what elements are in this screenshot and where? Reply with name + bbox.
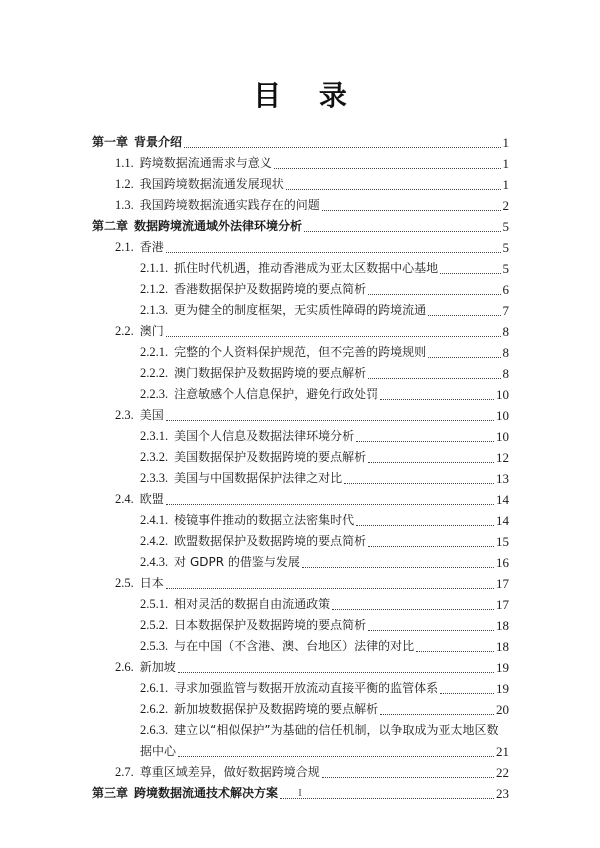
toc-entry-title: 棱镜事件推动的数据立法密集时代: [174, 510, 354, 531]
dot-leader: [428, 300, 500, 321]
toc-entry-number: 2.5.3.: [140, 636, 168, 657]
toc-entry-2-3-2[interactable]: 2.3.2. 美国数据保护及数据跨境的要点解析 12: [92, 447, 509, 468]
dot-leader: [166, 321, 501, 342]
toc-entry-1-3[interactable]: 1.3. 我国跨境数据流通实践存在的问题 2: [92, 195, 509, 216]
toc-entry-number: 2.1.: [115, 237, 134, 258]
toc-entry-page: 8: [503, 321, 510, 342]
dot-leader: [178, 657, 494, 678]
dot-leader: [166, 237, 501, 258]
toc-entry-number: 2.2.1.: [140, 342, 168, 363]
toc-entry-number: 2.4.1.: [140, 510, 168, 531]
toc-entry-2-4-2[interactable]: 2.4.2. 欧盟数据保护及数据跨境的要点简析 15: [92, 531, 509, 552]
toc-entry-number: 2.1.1.: [140, 258, 168, 279]
toc-entry-page: 2: [503, 195, 510, 216]
toc-entry-page: 1: [503, 174, 510, 195]
toc-entry-page: 14: [496, 510, 509, 531]
dot-leader: [166, 573, 494, 594]
toc-entry-page: 5: [503, 216, 510, 237]
toc-entry-2-6[interactable]: 2.6. 新加坡 19: [92, 657, 509, 678]
dot-leader: [368, 531, 494, 552]
toc-entry-2-2-2[interactable]: 2.2.2. 澳门数据保护及数据跨境的要点解析 8: [92, 363, 509, 384]
toc-entry-title: 注意敏感个人信息保护，避免行政处罚: [174, 384, 378, 405]
toc-entry-page: 6: [503, 279, 510, 300]
toc-entry-page: 1: [503, 132, 510, 153]
toc-entry-title: 美国: [140, 405, 164, 426]
toc-entry-2-5-1[interactable]: 2.5.1. 相对灵活的数据自由流通政策 17: [92, 594, 509, 615]
toc-entry-2-1[interactable]: 2.1. 香港 5: [92, 237, 509, 258]
dot-leader: [356, 426, 494, 447]
toc-entry-number: 2.2.2.: [140, 363, 168, 384]
toc-entry-page: 18: [496, 636, 509, 657]
toc-entry-title: 对 GDPR 的借鉴与发展: [174, 552, 300, 573]
dot-leader: [380, 699, 494, 720]
toc-entry-2-7[interactable]: 2.7. 尊重区域差异，做好数据跨境合规 22: [92, 762, 509, 783]
toc-entry-2-4-1[interactable]: 2.4.1. 棱镜事件推动的数据立法密集时代 14: [92, 510, 509, 531]
toc-entry-page: 7: [503, 300, 510, 321]
toc-entry-title: 抓住时代机遇，推动香港成为亚太区数据中心基地: [174, 258, 438, 279]
dot-leader: [184, 132, 500, 153]
dot-leader: [304, 216, 500, 237]
toc-entry-title: 背景介绍: [134, 132, 182, 153]
dot-leader: [428, 342, 500, 363]
toc-entry-2-6-2[interactable]: 2.6.2. 新加坡数据保护及数据跨境的要点解析 20: [92, 699, 509, 720]
toc-entry-2-2-1[interactable]: 2.2.1. 完整的个人资料保护规范，但不完善的跨境规则 8: [92, 342, 509, 363]
dot-leader: [356, 510, 494, 531]
toc-entry-2-6-3-continued[interactable]: 据中心 21: [92, 741, 509, 762]
toc-entry-2-4[interactable]: 2.4. 欧盟 14: [92, 489, 509, 510]
dot-leader: [368, 363, 500, 384]
toc-entry-title: 美国数据保护及数据跨境的要点解析: [174, 447, 366, 468]
toc-entry-title: 美国与中国数据保护法律之对比: [174, 468, 342, 489]
toc-entry-2-4-3[interactable]: 2.4.3. 对 GDPR 的借鉴与发展 16: [92, 552, 509, 573]
toc-entry-number: 第二章: [92, 216, 128, 237]
toc-entry-title: 澳门数据保护及数据跨境的要点解析: [174, 363, 366, 384]
toc-entry-number: 2.6.1.: [140, 678, 168, 699]
toc-entry-number: 2.3.1.: [140, 426, 168, 447]
toc-entry-2-1-2[interactable]: 2.1.2. 香港数据保护及数据跨境的要点简析 6: [92, 279, 509, 300]
toc-entry-number: 2.1.3.: [140, 300, 168, 321]
toc-entry-number: 2.3.3.: [140, 468, 168, 489]
toc-entry-number: 2.3.: [115, 405, 134, 426]
toc-entry-1-2[interactable]: 1.2. 我国跨境数据流通发展现状 1: [92, 174, 509, 195]
toc-entry-page: 17: [496, 594, 509, 615]
toc-entry-number: 2.5.1.: [140, 594, 168, 615]
toc-entry-number: 2.3.2.: [140, 447, 168, 468]
toc-entry-page: 10: [496, 405, 509, 426]
toc-entry-title-continued: 据中心: [140, 741, 176, 762]
toc-entry-2-3-3[interactable]: 2.3.3. 美国与中国数据保护法律之对比 13: [92, 468, 509, 489]
toc-entry-number: 2.1.2.: [140, 279, 168, 300]
toc-entry-number: 1.3.: [115, 195, 134, 216]
dot-leader: [416, 636, 494, 657]
dot-leader: [368, 279, 500, 300]
toc-entry-page: 21: [496, 741, 509, 762]
toc-entry-number: 2.2.3.: [140, 384, 168, 405]
toc-entry-2-5-2[interactable]: 2.5.2. 日本数据保护及数据跨境的要点简析 18: [92, 615, 509, 636]
toc-entry-title: 新加坡数据保护及数据跨境的要点解析: [174, 699, 378, 720]
toc-entry-page: 18: [496, 615, 509, 636]
toc-entry-page: 13: [496, 468, 509, 489]
toc-entry-number: 2.4.: [115, 489, 134, 510]
toc-entry-number: 第一章: [92, 132, 128, 153]
toc-entry-2-1-1[interactable]: 2.1.1. 抓住时代机遇，推动香港成为亚太区数据中心基地 5: [92, 258, 509, 279]
toc-entry-title: 香港数据保护及数据跨境的要点简析: [174, 279, 366, 300]
toc-entry-page: 16: [496, 552, 509, 573]
dot-leader: [344, 468, 494, 489]
toc-entry-title: 数据跨境流通域外法律环境分析: [134, 216, 302, 237]
dot-leader: [166, 405, 494, 426]
toc-entry-title: 美国个人信息及数据法律环境分析: [174, 426, 354, 447]
toc-entry-title: 跨境数据流通需求与意义: [140, 153, 272, 174]
toc-entry-number: 2.4.3.: [140, 552, 168, 573]
toc-entry-2-3[interactable]: 2.3. 美国 10: [92, 405, 509, 426]
dot-leader: [166, 489, 494, 510]
toc-entry-title: 更为健全的制度框架，无实质性障碍的跨境流通: [174, 300, 426, 321]
toc-entry-title: 欧盟: [140, 489, 164, 510]
toc-entry-title: 日本: [140, 573, 164, 594]
toc-entry-page: 14: [496, 489, 509, 510]
toc-entry-page: 22: [496, 762, 509, 783]
dot-leader: [368, 615, 494, 636]
toc-entry-number: 2.4.2.: [140, 531, 168, 552]
toc-entry-page: 19: [496, 657, 509, 678]
toc-entry-page: 15: [496, 531, 509, 552]
dot-leader: [322, 762, 494, 783]
dot-leader: [380, 384, 494, 405]
toc-entry-title: 我国跨境数据流通实践存在的问题: [140, 195, 320, 216]
toc-entry-2-5[interactable]: 2.5. 日本 17: [92, 573, 509, 594]
toc-entry-title: 建立以“相似保护”为基础的信任机制，以争取成为亚太地区数: [174, 720, 498, 741]
toc-entry-page: 10: [496, 384, 509, 405]
toc-entry-page: 5: [503, 237, 510, 258]
toc-entry-page: 8: [503, 342, 510, 363]
toc-entry-title: 尊重区域差异，做好数据跨境合规: [140, 762, 320, 783]
toc-entry-page: 17: [496, 573, 509, 594]
toc-entry-title: 相对灵活的数据自由流通政策: [174, 594, 330, 615]
toc-entry-title: 香港: [140, 237, 164, 258]
toc-entry-2-6-1[interactable]: 2.6.1. 寻求加强监管与数据开放流动直接平衡的监管体系 19: [92, 678, 509, 699]
toc-entry-number: 2.7.: [115, 762, 134, 783]
toc-entry-number: 2.6.: [115, 657, 134, 678]
toc-entry-page: 1: [503, 153, 510, 174]
toc-entry-number: 1.1.: [115, 153, 134, 174]
page-title: 目 录: [0, 74, 600, 114]
toc-entry-2-2-3[interactable]: 2.2.3. 注意敏感个人信息保护，避免行政处罚 10: [92, 384, 509, 405]
toc-entry-2-3-1[interactable]: 2.3.1. 美国个人信息及数据法律环境分析 10: [92, 426, 509, 447]
toc-entry-page: 19: [496, 678, 509, 699]
toc-entry-chapter-1[interactable]: 第一章 背景介绍 1: [92, 132, 509, 153]
dot-leader: [302, 552, 494, 573]
toc-entry-2-5-3[interactable]: 2.5.3. 与在中国（不含港、澳、台地区）法律的对比 18: [92, 636, 509, 657]
toc-entry-number: 2.5.: [115, 573, 134, 594]
dot-leader: [440, 258, 500, 279]
footer-page-number: I: [0, 788, 600, 799]
toc-entry-title: 我国跨境数据流通发展现状: [140, 174, 284, 195]
toc-entry-2-1-3[interactable]: 2.1.3. 更为健全的制度框架，无实质性障碍的跨境流通 7: [92, 300, 509, 321]
toc-entry-title: 寻求加强监管与数据开放流动直接平衡的监管体系: [174, 678, 438, 699]
dot-leader: [368, 447, 494, 468]
toc-entry-page: 12: [496, 447, 509, 468]
toc-entry-title: 新加坡: [140, 657, 176, 678]
toc-entry-number: 2.5.2.: [140, 615, 168, 636]
dot-leader: [332, 594, 494, 615]
dot-leader: [178, 741, 494, 762]
dot-leader: [286, 174, 501, 195]
toc-entry-1-1[interactable]: 1.1. 跨境数据流通需求与意义 1: [92, 153, 509, 174]
toc-entry-title: 日本数据保护及数据跨境的要点简析: [174, 615, 366, 636]
toc-entry-page: 20: [496, 699, 509, 720]
toc-entry-number: 2.6.3.: [140, 720, 168, 741]
toc-entry-page: 8: [503, 363, 510, 384]
toc-entry-page: 5: [503, 258, 510, 279]
toc-entry-title: 与在中国（不含港、澳、台地区）法律的对比: [174, 636, 414, 657]
toc-entry-chapter-2[interactable]: 第二章 数据跨境流通域外法律环境分析 5: [92, 216, 509, 237]
toc-entry-page: 10: [496, 426, 509, 447]
table-of-contents: 第一章 背景介绍 1 1.1. 跨境数据流通需求与意义 1 1.2. 我国跨境数…: [92, 132, 509, 804]
toc-entry-number: 2.2.: [115, 321, 134, 342]
toc-entry-title: 澳门: [140, 321, 164, 342]
toc-entry-number: 1.2.: [115, 174, 134, 195]
toc-entry-title: 完整的个人资料保护规范，但不完善的跨境规则: [174, 342, 426, 363]
dot-leader: [440, 678, 494, 699]
toc-entry-2-6-3[interactable]: 2.6.3. 建立以“相似保护”为基础的信任机制，以争取成为亚太地区数: [92, 720, 509, 741]
dot-leader: [274, 153, 501, 174]
toc-entry-title: 欧盟数据保护及数据跨境的要点简析: [174, 531, 366, 552]
toc-entry-2-2[interactable]: 2.2. 澳门 8: [92, 321, 509, 342]
dot-leader: [322, 195, 501, 216]
toc-entry-number: 2.6.2.: [140, 699, 168, 720]
